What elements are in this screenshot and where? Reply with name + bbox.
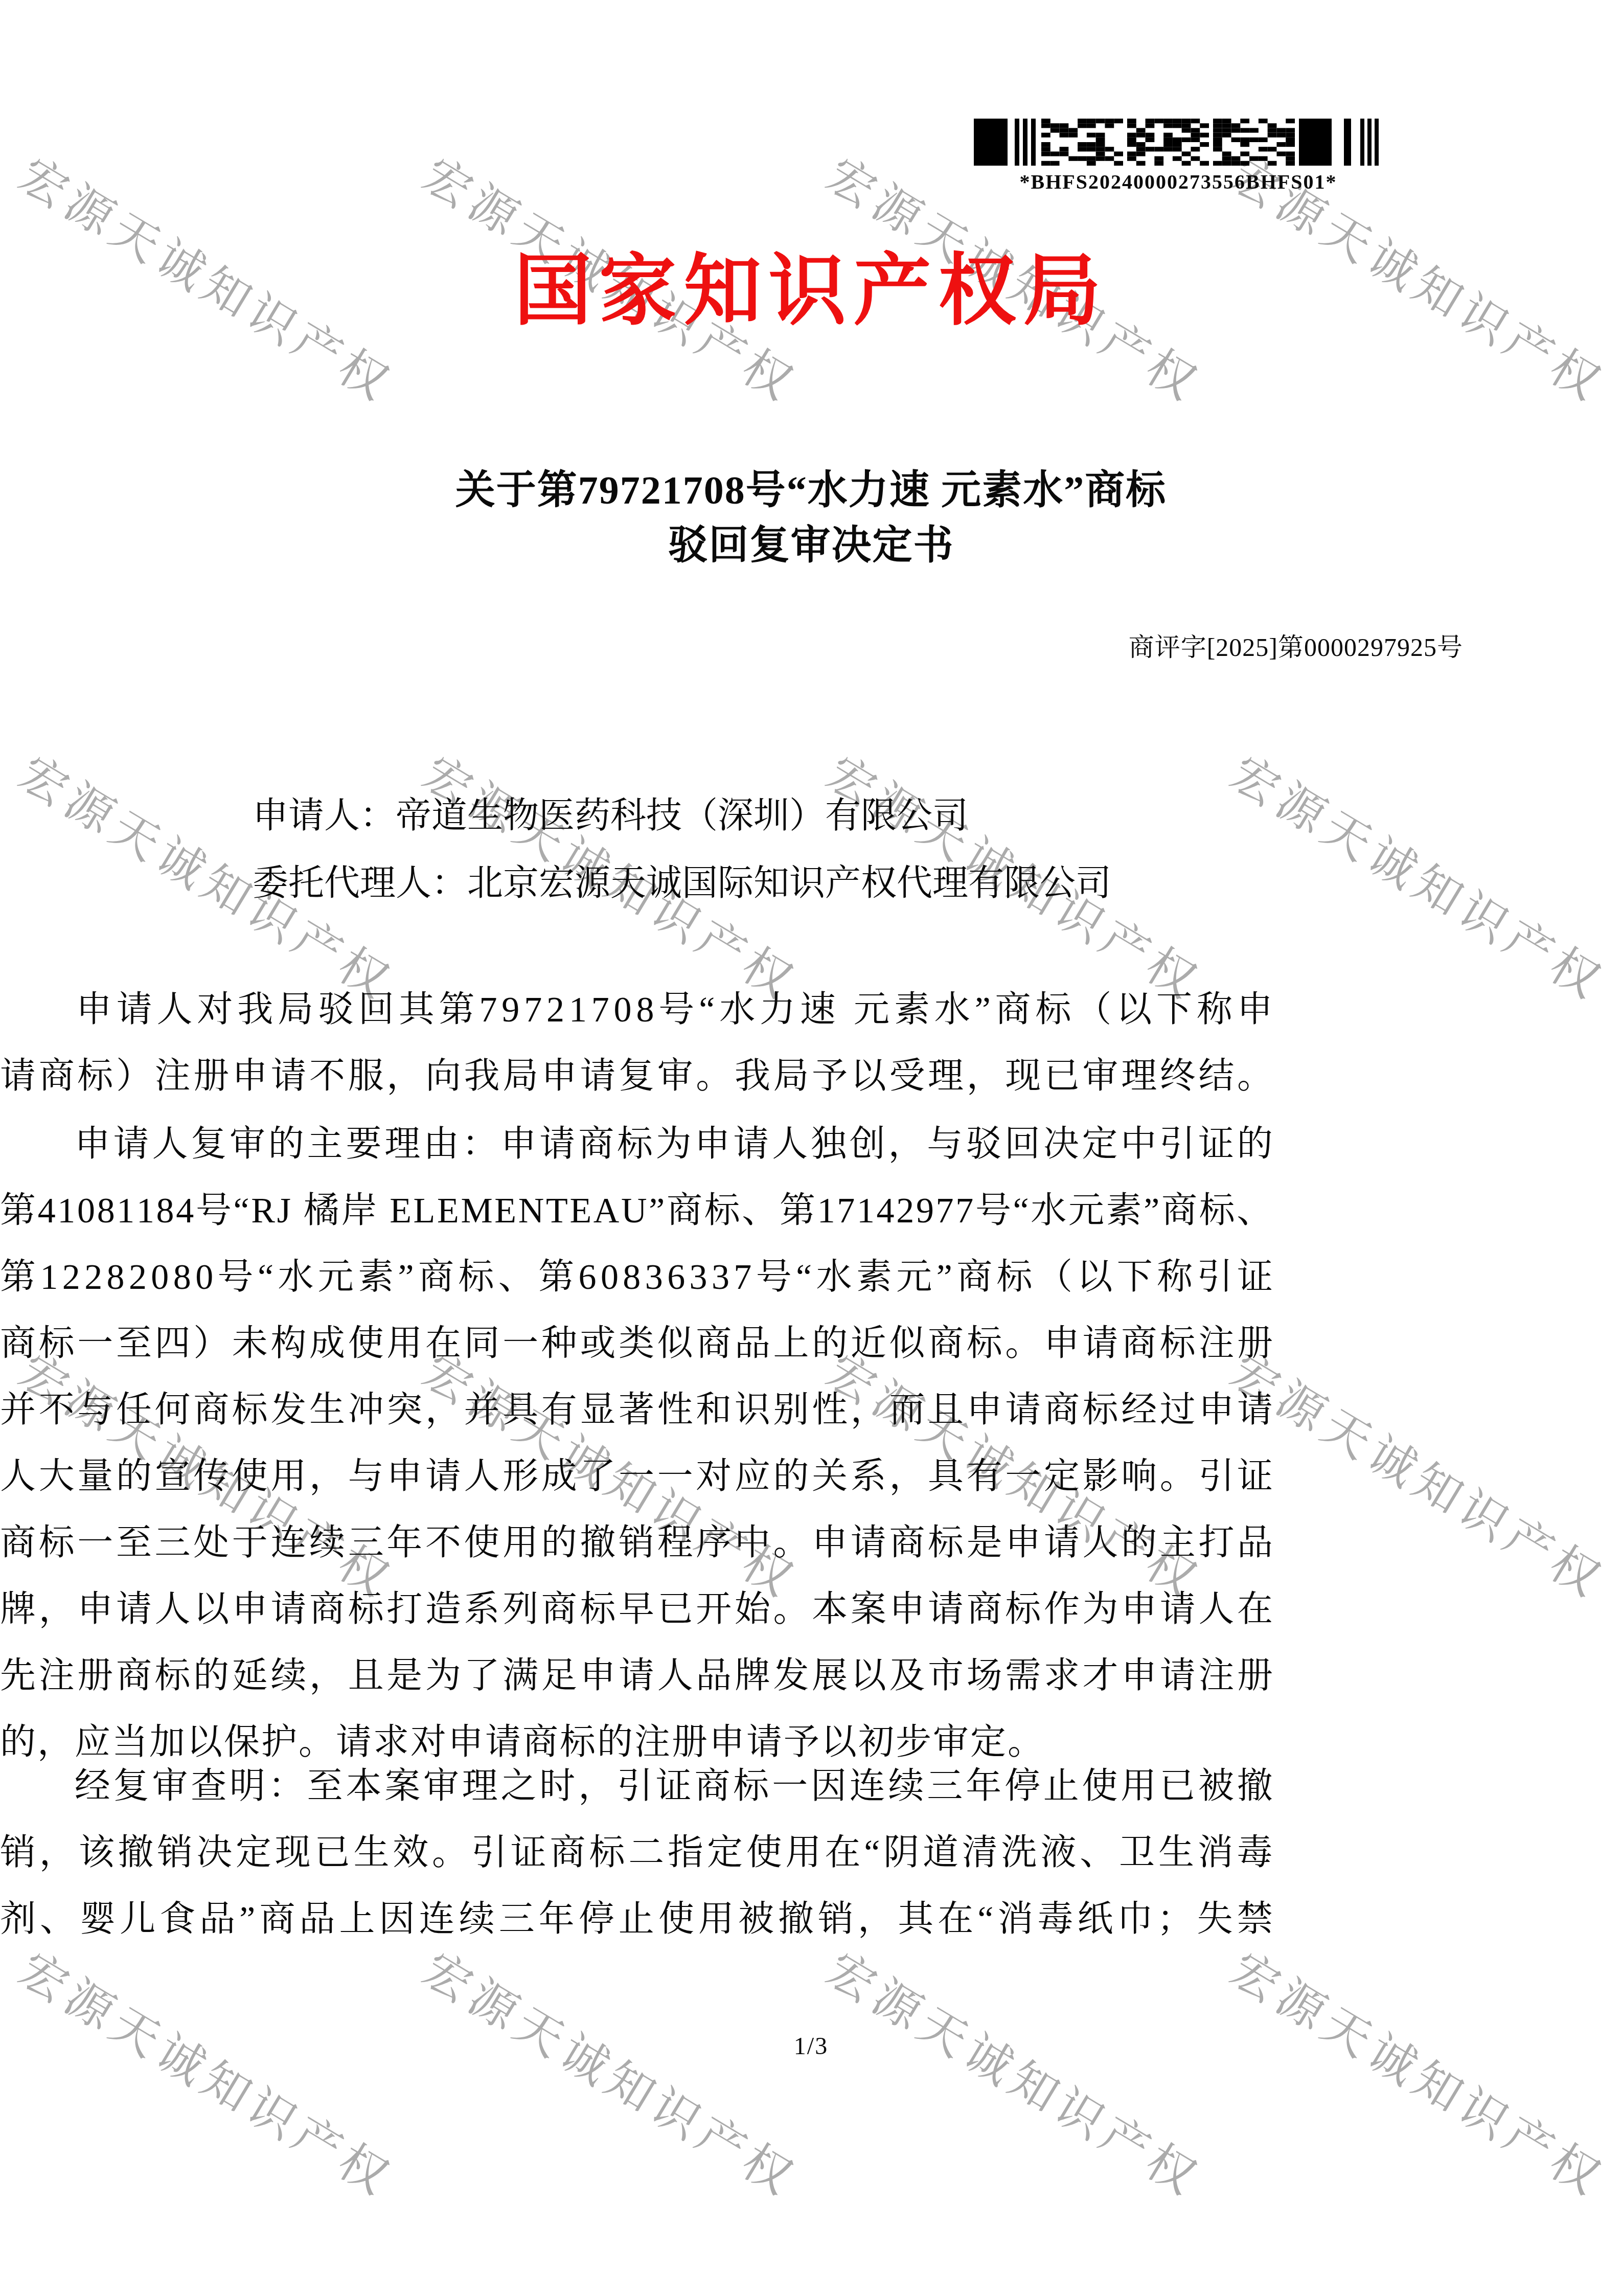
document-title-line2: 驳回复审决定书 bbox=[0, 518, 1622, 573]
body-line: 经复审查明：至本案审理之时，引证商标一因连续三年停止使用已被撤 bbox=[0, 1754, 1273, 1820]
body-line: 请商标）注册申请不服，向我局申请复审。我局予以受理，现已审理终结。 bbox=[0, 1043, 1273, 1110]
body-paragraph: 申请人复审的主要理由：申请商标为申请人独创，与驳回决定中引证的第41081184… bbox=[0, 1111, 1273, 1776]
barcode-image bbox=[974, 119, 1383, 166]
body-line: 申请人对我局驳回其第79721708号“水力速 元素水”商标（以下称申 bbox=[0, 977, 1273, 1043]
agent-label: 委托代理人： bbox=[253, 864, 467, 903]
page-number: 1/3 bbox=[0, 2032, 1622, 2060]
body-line: 先注册商标的延续，且是为了满足申请人品牌发展以及市场需求才申请注册 bbox=[0, 1643, 1273, 1710]
body-paragraph: 申请人对我局驳回其第79721708号“水力速 元素水”商标（以下称申请商标）注… bbox=[0, 977, 1273, 1110]
document-title: 关于第79721708号“水力速 元素水”商标 驳回复审决定书 bbox=[0, 463, 1622, 573]
body-line: 第41081184号“RJ 橘岸 ELEMENTEAU”商标、第17142977… bbox=[0, 1178, 1273, 1244]
body-line: 人大量的宣传使用，与申请人形成了一一对应的关系，具有一定影响。引证 bbox=[0, 1444, 1273, 1510]
parties-block: 申请人：帝道生物医药科技（深圳）有限公司 委托代理人：北京宏源天诚国际知识产权代… bbox=[179, 783, 1452, 918]
barcode-block: *BHFS20240000273556BHFS01* bbox=[974, 119, 1383, 194]
body-line: 第12282080号“水元素”商标、第60836337号“水素元”商标（以下称引… bbox=[0, 1244, 1273, 1311]
applicant-label: 申请人： bbox=[253, 797, 396, 836]
agent-line: 委托代理人：北京宏源天诚国际知识产权代理有限公司 bbox=[179, 850, 1452, 918]
barcode-text: *BHFS20240000273556BHFS01* bbox=[974, 170, 1383, 194]
document-title-line1: 关于第79721708号“水力速 元素水”商标 bbox=[0, 463, 1622, 518]
body-line: 牌，申请人以申请商标打造系列商标早已开始。本案申请商标作为申请人在 bbox=[0, 1577, 1273, 1643]
body-line: 商标一至三处于连续三年不使用的撤销程序中。申请商标是申请人的主打品 bbox=[0, 1510, 1273, 1577]
case-number: 商评字[2025]第0000297925号 bbox=[1129, 627, 1463, 664]
body-paragraph: 经复审查明：至本案审理之时，引证商标一因连续三年停止使用已被撤销，该撤销决定现已… bbox=[0, 1754, 1273, 1953]
body-line: 销，该撤销决定现已生效。引证商标二指定使用在“阴道清洗液、卫生消毒 bbox=[0, 1820, 1273, 1886]
body-line: 商标一至四）未构成使用在同一种或类似商品上的近似商标。申请商标注册 bbox=[0, 1311, 1273, 1377]
body-line: 并不与任何商标发生冲突，并具有显著性和识别性，而且申请商标经过申请 bbox=[0, 1377, 1273, 1444]
applicant-line: 申请人：帝道生物医药科技（深圳）有限公司 bbox=[179, 783, 1452, 850]
agent-name: 北京宏源天诚国际知识产权代理有限公司 bbox=[467, 864, 1111, 903]
document-content: *BHFS20240000273556BHFS01* 国家知识产权局 关于第79… bbox=[0, 0, 1622, 2296]
agency-title: 国家知识产权局 bbox=[0, 249, 1622, 333]
body-line: 剂、婴儿食品”商品上因连续三年停止使用被撤销，其在“消毒纸巾；失禁 bbox=[0, 1886, 1273, 1953]
applicant-name: 帝道生物医药科技（深圳）有限公司 bbox=[396, 797, 968, 836]
body-line: 申请人复审的主要理由：申请商标为申请人独创，与驳回决定中引证的 bbox=[0, 1111, 1273, 1178]
document-page: 宏源天诚知识产权宏源天诚知识产权宏源天诚知识产权宏源天诚知识产权宏源天诚知识产权… bbox=[0, 0, 1622, 2296]
